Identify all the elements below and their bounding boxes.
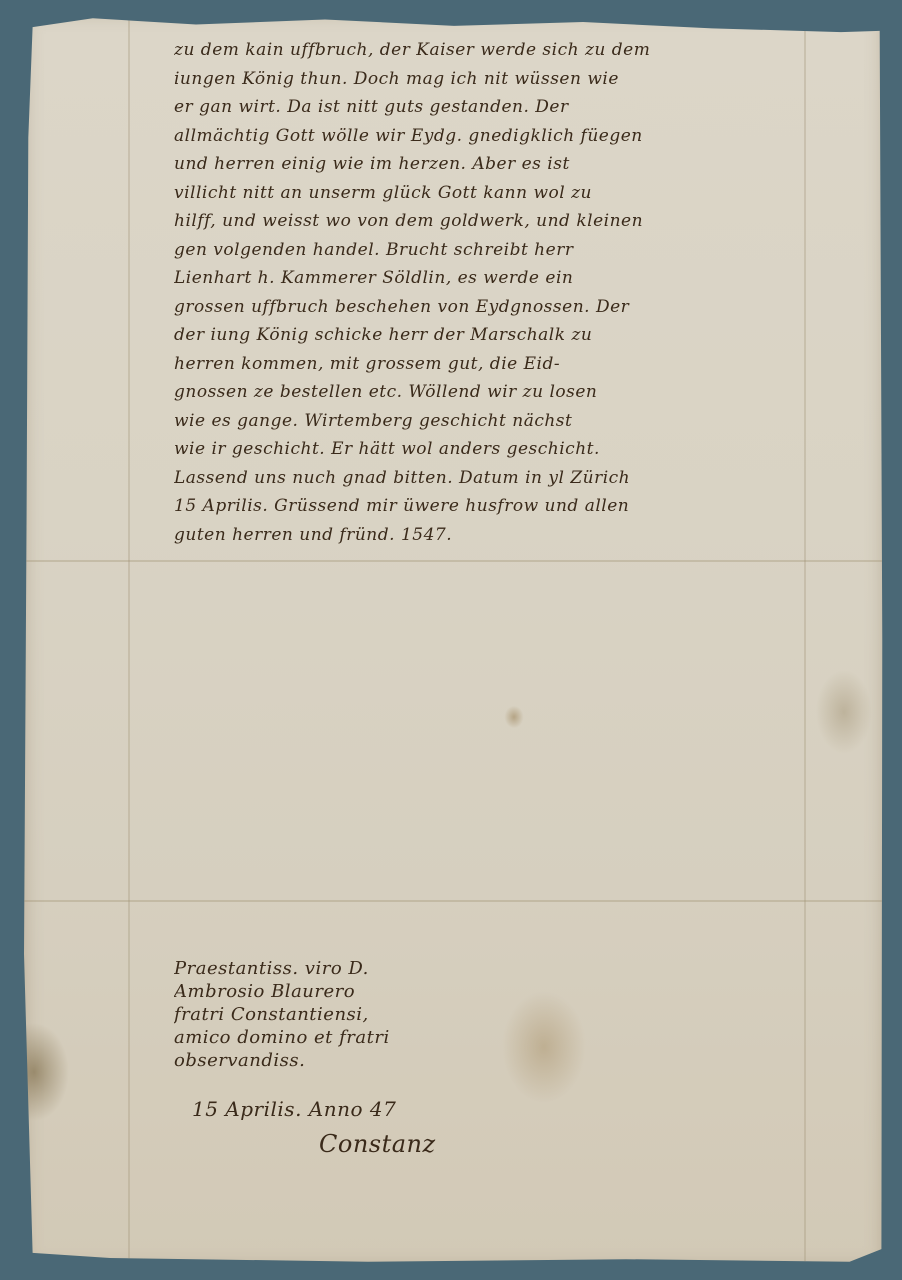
- fold-line-horizontal: [24, 560, 884, 562]
- fold-line-horizontal: [24, 900, 884, 902]
- body-line: gen volgenden handel. Brucht schreibt he…: [174, 236, 874, 265]
- body-line: Lienhart h. Kammerer Söldlin, es werde e…: [174, 264, 874, 293]
- body-line: 15 Aprilis. Grüssend mir üwere husfrow u…: [174, 492, 874, 521]
- body-line: wie es gange. Wirtemberg geschicht nächs…: [174, 407, 874, 436]
- address-line: observandiss.: [174, 1049, 534, 1072]
- body-line: gnossen ze bestellen etc. Wöllend wir zu…: [174, 378, 874, 407]
- body-line: wie ir geschicht. Er hätt wol anders ges…: [174, 435, 874, 464]
- address-line: fratri Constantiensi,: [174, 1003, 534, 1026]
- body-line: hilff, und weisst wo von dem goldwerk, u…: [174, 207, 874, 236]
- body-line: guten herren und fründ. 1547.: [174, 521, 874, 550]
- letter-body: zu dem kain uffbruch, der Kaiser werde s…: [174, 36, 874, 549]
- body-line: er gan wirt. Da ist nitt guts gestanden.…: [174, 93, 874, 122]
- address-block: Praestantiss. viro D. Ambrosio Blaurero …: [174, 957, 534, 1072]
- address-line: Ambrosio Blaurero: [174, 980, 534, 1003]
- body-line: herren kommen, mit grossem gut, die Eid-: [174, 350, 874, 379]
- place-annotation: Constanz: [319, 1130, 436, 1158]
- body-line: und herren einig wie im herzen. Aber es …: [174, 150, 874, 179]
- body-line: zu dem kain uffbruch, der Kaiser werde s…: [174, 36, 874, 65]
- date-annotation: 15 Aprilis. Anno 47: [192, 1097, 396, 1121]
- body-line: grossen uffbruch beschehen von Eydgnosse…: [174, 293, 874, 322]
- body-line: villicht nitt an unserm glück Gott kann …: [174, 179, 874, 208]
- body-line: Lassend uns nuch gnad bitten. Datum in y…: [174, 464, 874, 493]
- body-line: iungen König thun. Doch mag ich nit wüss…: [174, 65, 874, 94]
- address-line: Praestantiss. viro D.: [174, 957, 534, 980]
- manuscript-page: zu dem kain uffbruch, der Kaiser werde s…: [24, 12, 884, 1268]
- body-line: der iung König schicke herr der Marschal…: [174, 321, 874, 350]
- fold-line-vertical: [128, 12, 130, 1268]
- body-line: allmächtig Gott wölle wir Eydg. gnedigkl…: [174, 122, 874, 151]
- address-line: amico domino et fratri: [174, 1026, 534, 1049]
